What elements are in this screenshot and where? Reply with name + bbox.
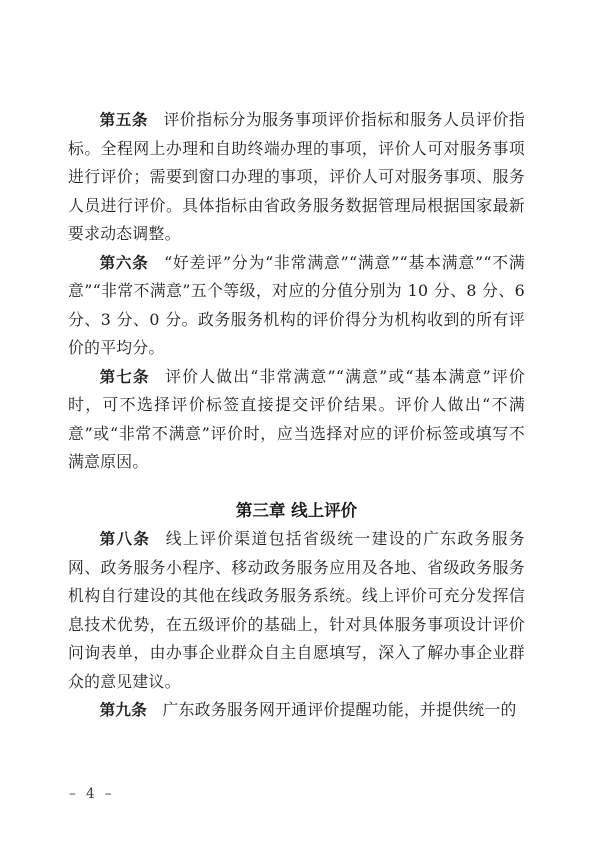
- page-content: 第五条评价指标分为服务事项评价指标和服务人员评价指标。全程网上办理和自助终端办理…: [68, 106, 525, 725]
- article-9-text: 广东政务服务网开通评价提醒功能，并提供统一的: [163, 700, 517, 719]
- article-6-paragraph: 第六条“好差评”分为“非常满意”“满意”“基本满意”“不满意”“非常不满意”五个…: [68, 249, 525, 363]
- chapter-3-heading: 第三章 线上评价: [68, 497, 525, 526]
- article-6-number: 第六条: [100, 254, 149, 272]
- article-7-paragraph: 第七条评价人做出“非常满意”“满意”或“基本满意”评价时，可不选择评价标签直接提…: [68, 363, 525, 477]
- article-5-text: 评价指标分为服务事项评价指标和服务人员评价指标。全程网上办理和自助终端办理的事项…: [68, 110, 525, 243]
- article-8-number: 第八条: [100, 530, 151, 548]
- article-9-paragraph: 第九条广东政务服务网开通评价提醒功能，并提供统一的: [68, 696, 525, 725]
- article-8-text: 线上评价渠道包括省级统一建设的广东政务服务网、政务服务小程序、移动政务服务应用及…: [68, 529, 525, 691]
- article-9-number: 第九条: [100, 701, 147, 719]
- page-number: – 4 –: [69, 786, 115, 802]
- article-5-paragraph: 第五条评价指标分为服务事项评价指标和服务人员评价指标。全程网上办理和自助终端办理…: [68, 106, 525, 249]
- article-8-paragraph: 第八条线上评价渠道包括省级统一建设的广东政务服务网、政务服务小程序、移动政务服务…: [68, 525, 525, 696]
- article-7-number: 第七条: [100, 368, 150, 386]
- document-page: 第五条评价指标分为服务事项评价指标和服务人员评价指标。全程网上办理和自助终端办理…: [0, 0, 600, 848]
- article-5-number: 第五条: [100, 111, 148, 129]
